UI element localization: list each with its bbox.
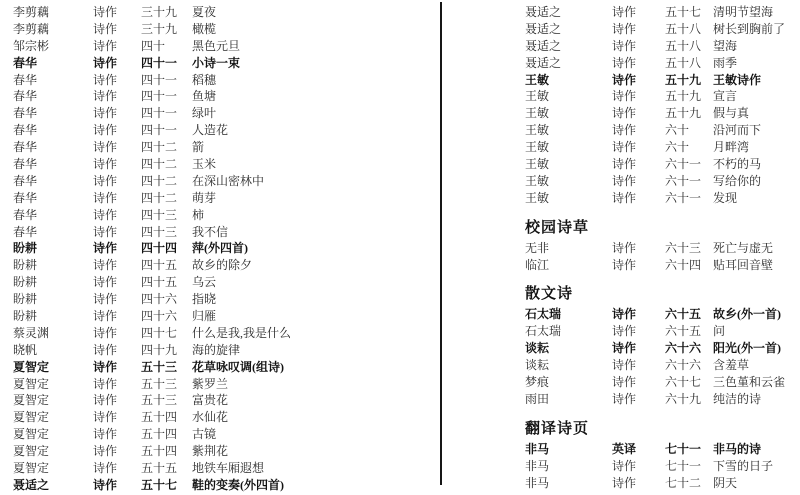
- toc-row: 非马诗作七十二阴天: [525, 474, 797, 491]
- toc-row: 王敏诗作六十一不朽的马: [525, 155, 797, 172]
- toc-genre: 诗作: [93, 273, 141, 290]
- toc-row: 蔡灵渊诗作四十七什么是我,我是什么: [13, 324, 433, 341]
- toc-title: 水仙花: [192, 408, 433, 425]
- toc-genre: 诗作: [93, 459, 141, 476]
- toc-genre: 诗作: [612, 239, 665, 256]
- toc-page-number: 五十九: [665, 104, 713, 121]
- toc-genre: 诗作: [612, 390, 665, 407]
- toc-genre: 诗作: [93, 341, 141, 358]
- toc-genre: 诗作: [612, 87, 665, 104]
- toc-page-number: 六十一: [665, 189, 713, 206]
- toc-author: 春华: [13, 87, 93, 104]
- toc-title: 贴耳回音壁: [713, 256, 797, 273]
- toc-title: 紫罗兰: [192, 375, 433, 392]
- toc-row: 春华诗作四十三柿: [13, 206, 433, 223]
- toc-genre: 诗作: [612, 189, 665, 206]
- toc-author: 春华: [13, 223, 93, 240]
- toc-genre: 诗作: [612, 20, 665, 37]
- toc-title: 萌芽: [192, 189, 433, 206]
- toc-row: 夏智定诗作五十五地铁车厢遐想: [13, 459, 433, 476]
- toc-title: 橄榄: [192, 20, 433, 37]
- toc-page-number: 五十七: [141, 476, 192, 493]
- toc-author: 王敏: [525, 121, 612, 138]
- toc-page-number: 五十四: [141, 425, 192, 442]
- toc-title: 人造花: [192, 121, 433, 138]
- toc-genre: 诗作: [93, 425, 141, 442]
- toc-title: 鱼塘: [192, 87, 433, 104]
- toc-title: 玉米: [192, 155, 433, 172]
- toc-author: 聂适之: [525, 20, 612, 37]
- toc-title: 花草咏叹调(组诗): [192, 358, 433, 375]
- toc-title: 纯洁的诗: [713, 390, 797, 407]
- toc-title: 故乡(外一首): [713, 305, 797, 322]
- toc-title: 富贵花: [192, 391, 433, 408]
- toc-author: 王敏: [525, 172, 612, 189]
- toc-author: 王敏: [525, 71, 612, 88]
- toc-title: 海的旋律: [192, 341, 433, 358]
- toc-title: 月畔湾: [713, 138, 797, 155]
- toc-title: 树长到胸前了: [713, 20, 797, 37]
- toc-genre: 诗作: [93, 375, 141, 392]
- toc-row: 石太瑞诗作六十五问: [525, 322, 797, 339]
- toc-page-number: 四十二: [141, 172, 192, 189]
- section-header: 散文诗: [525, 284, 797, 305]
- toc-row: 春华诗作四十二箭: [13, 138, 433, 155]
- toc-genre: 诗作: [93, 391, 141, 408]
- toc-row: 春华诗作四十一鱼塘: [13, 87, 433, 104]
- toc-genre: 诗作: [93, 223, 141, 240]
- toc-row: 非马诗作七十一下雪的日子: [525, 457, 797, 474]
- toc-page-number: 四十六: [141, 290, 192, 307]
- toc-page-number: 六十五: [665, 322, 713, 339]
- toc-page-number: 四十一: [141, 87, 192, 104]
- toc-genre: 诗作: [93, 104, 141, 121]
- toc-genre: 诗作: [612, 121, 665, 138]
- toc-page-number: 四十九: [141, 341, 192, 358]
- toc-author: 梦痕: [525, 373, 612, 390]
- toc-genre: 诗作: [93, 358, 141, 375]
- toc-genre: 诗作: [612, 339, 665, 356]
- toc-page-number: 四十一: [141, 54, 192, 71]
- toc-author: 聂适之: [525, 3, 612, 20]
- toc-title: 阳光(外一首): [713, 339, 797, 356]
- toc-page-number: 六十: [665, 138, 713, 155]
- toc-row: 李剪藕诗作三十九橄榄: [13, 20, 433, 37]
- toc-page-number: 五十八: [665, 54, 713, 71]
- toc-title: 柿: [192, 206, 433, 223]
- toc-page-number: 四十五: [141, 256, 192, 273]
- toc-author: 夏智定: [13, 425, 93, 442]
- toc-genre: 诗作: [93, 172, 141, 189]
- toc-author: 雨田: [525, 390, 612, 407]
- toc-author: 夏智定: [13, 358, 93, 375]
- toc-row: 非马英译七十一非马的诗: [525, 440, 797, 457]
- toc-row: 李剪藕诗作三十九夏夜: [13, 3, 433, 20]
- toc-title: 望海: [713, 37, 797, 54]
- toc-page-number: 四十一: [141, 104, 192, 121]
- toc-genre: 诗作: [93, 138, 141, 155]
- toc-page-number: 五十九: [665, 87, 713, 104]
- toc-author: 夏智定: [13, 391, 93, 408]
- toc-page-number: 六十一: [665, 172, 713, 189]
- toc-page-number: 四十一: [141, 71, 192, 88]
- toc-genre: 诗作: [93, 324, 141, 341]
- toc-row: 王敏诗作六十一写给你的: [525, 172, 797, 189]
- toc-row: 石太瑞诗作六十五故乡(外一首): [525, 305, 797, 322]
- toc-page-number: 三十九: [141, 3, 192, 20]
- toc-author: 聂适之: [525, 54, 612, 71]
- toc-row: 王敏诗作六十月畔湾: [525, 138, 797, 155]
- toc-title: 问: [713, 322, 797, 339]
- toc-author: 谈耘: [525, 339, 612, 356]
- toc-row: 王敏诗作五十九假与真: [525, 104, 797, 121]
- toc-title: 宣言: [713, 87, 797, 104]
- toc-genre: 诗作: [93, 442, 141, 459]
- toc-author: 邹宗彬: [13, 37, 93, 54]
- toc-row: 晓帆诗作四十九海的旋律: [13, 341, 433, 358]
- toc-row: 春华诗作四十一绿叶: [13, 104, 433, 121]
- toc-genre: 诗作: [612, 3, 665, 20]
- toc-page-number: 六十六: [665, 356, 713, 373]
- toc-author: 春华: [13, 206, 93, 223]
- toc-author: 聂适之: [13, 476, 93, 493]
- toc-row: 盼耕诗作四十六归雁: [13, 307, 433, 324]
- toc-page-number: 四十六: [141, 307, 192, 324]
- toc-genre: 诗作: [93, 155, 141, 172]
- toc-title: 王敏诗作: [713, 71, 797, 88]
- toc-genre: 诗作: [612, 322, 665, 339]
- toc-genre: 诗作: [612, 373, 665, 390]
- toc-row: 春华诗作四十一稻穗: [13, 71, 433, 88]
- toc-title: 黑色元旦: [192, 37, 433, 54]
- toc-title: 雨季: [713, 54, 797, 71]
- toc-genre: 诗作: [93, 307, 141, 324]
- toc-row: 王敏诗作五十九王敏诗作: [525, 71, 797, 88]
- toc-title: 鞋的变奏(外四首): [192, 476, 433, 493]
- toc-genre: 诗作: [93, 71, 141, 88]
- toc-genre: 诗作: [612, 104, 665, 121]
- toc-author: 盼耕: [13, 239, 93, 256]
- toc-author: 王敏: [525, 189, 612, 206]
- toc-title: 三色堇和云雀: [713, 373, 797, 390]
- toc-author: 盼耕: [13, 256, 93, 273]
- toc-author: 聂适之: [525, 37, 612, 54]
- toc-row: 盼耕诗作四十五乌云: [13, 273, 433, 290]
- section-header: 校园诗草: [525, 218, 797, 239]
- toc-page-number: 五十八: [665, 37, 713, 54]
- toc-author: 春华: [13, 104, 93, 121]
- toc-author: 晓帆: [13, 341, 93, 358]
- toc-row: 夏智定诗作五十四古镜: [13, 425, 433, 442]
- toc-page-number: 五十三: [141, 391, 192, 408]
- toc-title: 稻穗: [192, 71, 433, 88]
- toc-page-number: 三十九: [141, 20, 192, 37]
- toc-author: 谈耘: [525, 356, 612, 373]
- toc-author: 临江: [525, 256, 612, 273]
- toc-title: 绿叶: [192, 104, 433, 121]
- toc-author: 非马: [525, 440, 612, 457]
- toc-genre: 诗作: [93, 476, 141, 493]
- toc-row: 夏智定诗作五十四紫荆花: [13, 442, 433, 459]
- toc-title: 古镜: [192, 425, 433, 442]
- toc-page-number: 六十一: [665, 155, 713, 172]
- toc-title: 夏夜: [192, 3, 433, 20]
- toc-page-number: 四十三: [141, 206, 192, 223]
- toc-genre: 诗作: [612, 155, 665, 172]
- toc-title: 指晓: [192, 290, 433, 307]
- toc-title: 死亡与虚无: [713, 239, 797, 256]
- toc-row: 盼耕诗作四十五故乡的除夕: [13, 256, 433, 273]
- toc-row: 王敏诗作六十一发现: [525, 189, 797, 206]
- toc-row: 夏智定诗作五十三紫罗兰: [13, 375, 433, 392]
- toc-genre: 诗作: [93, 239, 141, 256]
- toc-page-number: 六十六: [665, 339, 713, 356]
- toc-row: 春华诗作四十一小诗一束: [13, 54, 433, 71]
- toc-title: 非马的诗: [713, 440, 797, 457]
- toc-title: 我不信: [192, 223, 433, 240]
- toc-author: 春华: [13, 172, 93, 189]
- toc-title: 不朽的马: [713, 155, 797, 172]
- toc-page-number: 六十七: [665, 373, 713, 390]
- toc-row: 临江诗作六十四贴耳回音壁: [525, 256, 797, 273]
- toc-row: 春华诗作四十一人造花: [13, 121, 433, 138]
- toc-author: 夏智定: [13, 408, 93, 425]
- toc-title: 阴天: [713, 474, 797, 491]
- toc-page-number: 四十三: [141, 223, 192, 240]
- toc-author: 石太瑞: [525, 305, 612, 322]
- toc-row: 夏智定诗作五十四水仙花: [13, 408, 433, 425]
- toc-page-number: 六十九: [665, 390, 713, 407]
- toc-genre: 诗作: [612, 172, 665, 189]
- toc-title: 假与真: [713, 104, 797, 121]
- toc-left-column: 李剪藕诗作三十九夏夜李剪藕诗作三十九橄榄邹宗彬诗作四十黑色元旦春华诗作四十一小诗…: [13, 3, 433, 493]
- toc-page-number: 四十一: [141, 121, 192, 138]
- toc-page-number: 五十四: [141, 442, 192, 459]
- toc-genre: 诗作: [612, 457, 665, 474]
- toc-row: 春华诗作四十三我不信: [13, 223, 433, 240]
- toc-page: 李剪藕诗作三十九夏夜李剪藕诗作三十九橄榄邹宗彬诗作四十黑色元旦春华诗作四十一小诗…: [0, 0, 800, 495]
- toc-page-number: 七十二: [665, 474, 713, 491]
- toc-page-number: 四十二: [141, 189, 192, 206]
- toc-row: 聂适之诗作五十八树长到胸前了: [525, 20, 797, 37]
- toc-author: 李剪藕: [13, 3, 93, 20]
- toc-author: 王敏: [525, 138, 612, 155]
- toc-page-number: 五十四: [141, 408, 192, 425]
- toc-page-number: 五十三: [141, 375, 192, 392]
- toc-genre: 诗作: [612, 256, 665, 273]
- toc-title: 小诗一束: [192, 54, 433, 71]
- toc-genre: 诗作: [612, 305, 665, 322]
- toc-page-number: 四十七: [141, 324, 192, 341]
- toc-genre: 诗作: [612, 138, 665, 155]
- toc-page-number: 五十七: [665, 3, 713, 20]
- toc-row: 谈耘诗作六十六含羞草: [525, 356, 797, 373]
- toc-title: 地铁车厢遐想: [192, 459, 433, 476]
- toc-row: 聂适之诗作五十八望海: [525, 37, 797, 54]
- toc-title: 下雪的日子: [713, 457, 797, 474]
- toc-page-number: 四十: [141, 37, 192, 54]
- toc-title: 故乡的除夕: [192, 256, 433, 273]
- toc-author: 非马: [525, 457, 612, 474]
- toc-author: 夏智定: [13, 442, 93, 459]
- toc-page-number: 五十九: [665, 71, 713, 88]
- toc-page-number: 七十一: [665, 457, 713, 474]
- toc-row: 王敏诗作五十九宣言: [525, 87, 797, 104]
- toc-genre: 诗作: [93, 121, 141, 138]
- toc-title: 归雁: [192, 307, 433, 324]
- toc-genre: 诗作: [93, 54, 141, 71]
- toc-author: 王敏: [525, 104, 612, 121]
- toc-genre: 诗作: [93, 408, 141, 425]
- toc-genre: 诗作: [93, 87, 141, 104]
- toc-title: 紫荆花: [192, 442, 433, 459]
- toc-genre: 诗作: [612, 356, 665, 373]
- toc-row: 梦痕诗作六十七三色堇和云雀: [525, 373, 797, 390]
- toc-genre: 诗作: [93, 256, 141, 273]
- toc-author: 夏智定: [13, 375, 93, 392]
- toc-genre: 诗作: [93, 189, 141, 206]
- toc-author: 春华: [13, 189, 93, 206]
- toc-author: 春华: [13, 71, 93, 88]
- toc-row: 谈耘诗作六十六阳光(外一首): [525, 339, 797, 356]
- toc-genre: 诗作: [612, 54, 665, 71]
- toc-author: 春华: [13, 155, 93, 172]
- toc-row: 春华诗作四十二玉米: [13, 155, 433, 172]
- toc-author: 夏智定: [13, 459, 93, 476]
- toc-author: 石太瑞: [525, 322, 612, 339]
- toc-row: 聂适之诗作五十七清明节望海: [525, 3, 797, 20]
- toc-page-number: 四十二: [141, 138, 192, 155]
- toc-title: 乌云: [192, 273, 433, 290]
- toc-genre: 诗作: [93, 20, 141, 37]
- toc-title: 沿河而下: [713, 121, 797, 138]
- toc-author: 春华: [13, 121, 93, 138]
- toc-page-number: 六十: [665, 121, 713, 138]
- toc-title: 箭: [192, 138, 433, 155]
- toc-title: 写给你的: [713, 172, 797, 189]
- toc-author: 非马: [525, 474, 612, 491]
- toc-genre: 诗作: [612, 474, 665, 491]
- toc-author: 无非: [525, 239, 612, 256]
- toc-author: 李剪藕: [13, 20, 93, 37]
- toc-page-number: 四十五: [141, 273, 192, 290]
- section-header: 翻译诗页: [525, 419, 797, 440]
- column-divider: [440, 2, 442, 485]
- toc-author: 盼耕: [13, 273, 93, 290]
- toc-row: 邹宗彬诗作四十黑色元旦: [13, 37, 433, 54]
- toc-title: 含羞草: [713, 356, 797, 373]
- toc-author: 王敏: [525, 87, 612, 104]
- toc-row: 夏智定诗作五十三花草咏叹调(组诗): [13, 358, 433, 375]
- toc-row: 夏智定诗作五十三富贵花: [13, 391, 433, 408]
- toc-author: 王敏: [525, 155, 612, 172]
- toc-row: 聂适之诗作五十七鞋的变奏(外四首): [13, 476, 433, 493]
- toc-row: 雨田诗作六十九纯洁的诗: [525, 390, 797, 407]
- toc-row: 王敏诗作六十沿河而下: [525, 121, 797, 138]
- toc-page-number: 六十四: [665, 256, 713, 273]
- toc-page-number: 五十三: [141, 358, 192, 375]
- toc-row: 盼耕诗作四十四萍(外四首): [13, 239, 433, 256]
- toc-title: 什么是我,我是什么: [192, 324, 433, 341]
- toc-title: 清明节望海: [713, 3, 797, 20]
- toc-author: 盼耕: [13, 307, 93, 324]
- toc-genre: 诗作: [93, 206, 141, 223]
- toc-genre: 诗作: [93, 290, 141, 307]
- toc-row: 春华诗作四十二萌芽: [13, 189, 433, 206]
- toc-right-column: 聂适之诗作五十七清明节望海聂适之诗作五十八树长到胸前了聂适之诗作五十八望海聂适之…: [525, 3, 797, 490]
- toc-row: 聂适之诗作五十八雨季: [525, 54, 797, 71]
- toc-row: 无非诗作六十三死亡与虚无: [525, 239, 797, 256]
- toc-genre: 诗作: [612, 71, 665, 88]
- toc-title: 萍(外四首): [192, 239, 433, 256]
- toc-author: 蔡灵渊: [13, 324, 93, 341]
- toc-page-number: 四十二: [141, 155, 192, 172]
- toc-row: 盼耕诗作四十六指晓: [13, 290, 433, 307]
- toc-genre: 英译: [612, 440, 665, 457]
- toc-author: 春华: [13, 138, 93, 155]
- toc-page-number: 六十五: [665, 305, 713, 322]
- toc-author: 盼耕: [13, 290, 93, 307]
- toc-row: 春华诗作四十二在深山密林中: [13, 172, 433, 189]
- toc-title: 发现: [713, 189, 797, 206]
- toc-page-number: 六十三: [665, 239, 713, 256]
- toc-page-number: 七十一: [665, 440, 713, 457]
- toc-page-number: 四十四: [141, 239, 192, 256]
- toc-title: 在深山密林中: [192, 172, 433, 189]
- toc-page-number: 五十八: [665, 20, 713, 37]
- toc-author: 春华: [13, 54, 93, 71]
- toc-genre: 诗作: [93, 3, 141, 20]
- toc-genre: 诗作: [93, 37, 141, 54]
- toc-page-number: 五十五: [141, 459, 192, 476]
- toc-genre: 诗作: [612, 37, 665, 54]
